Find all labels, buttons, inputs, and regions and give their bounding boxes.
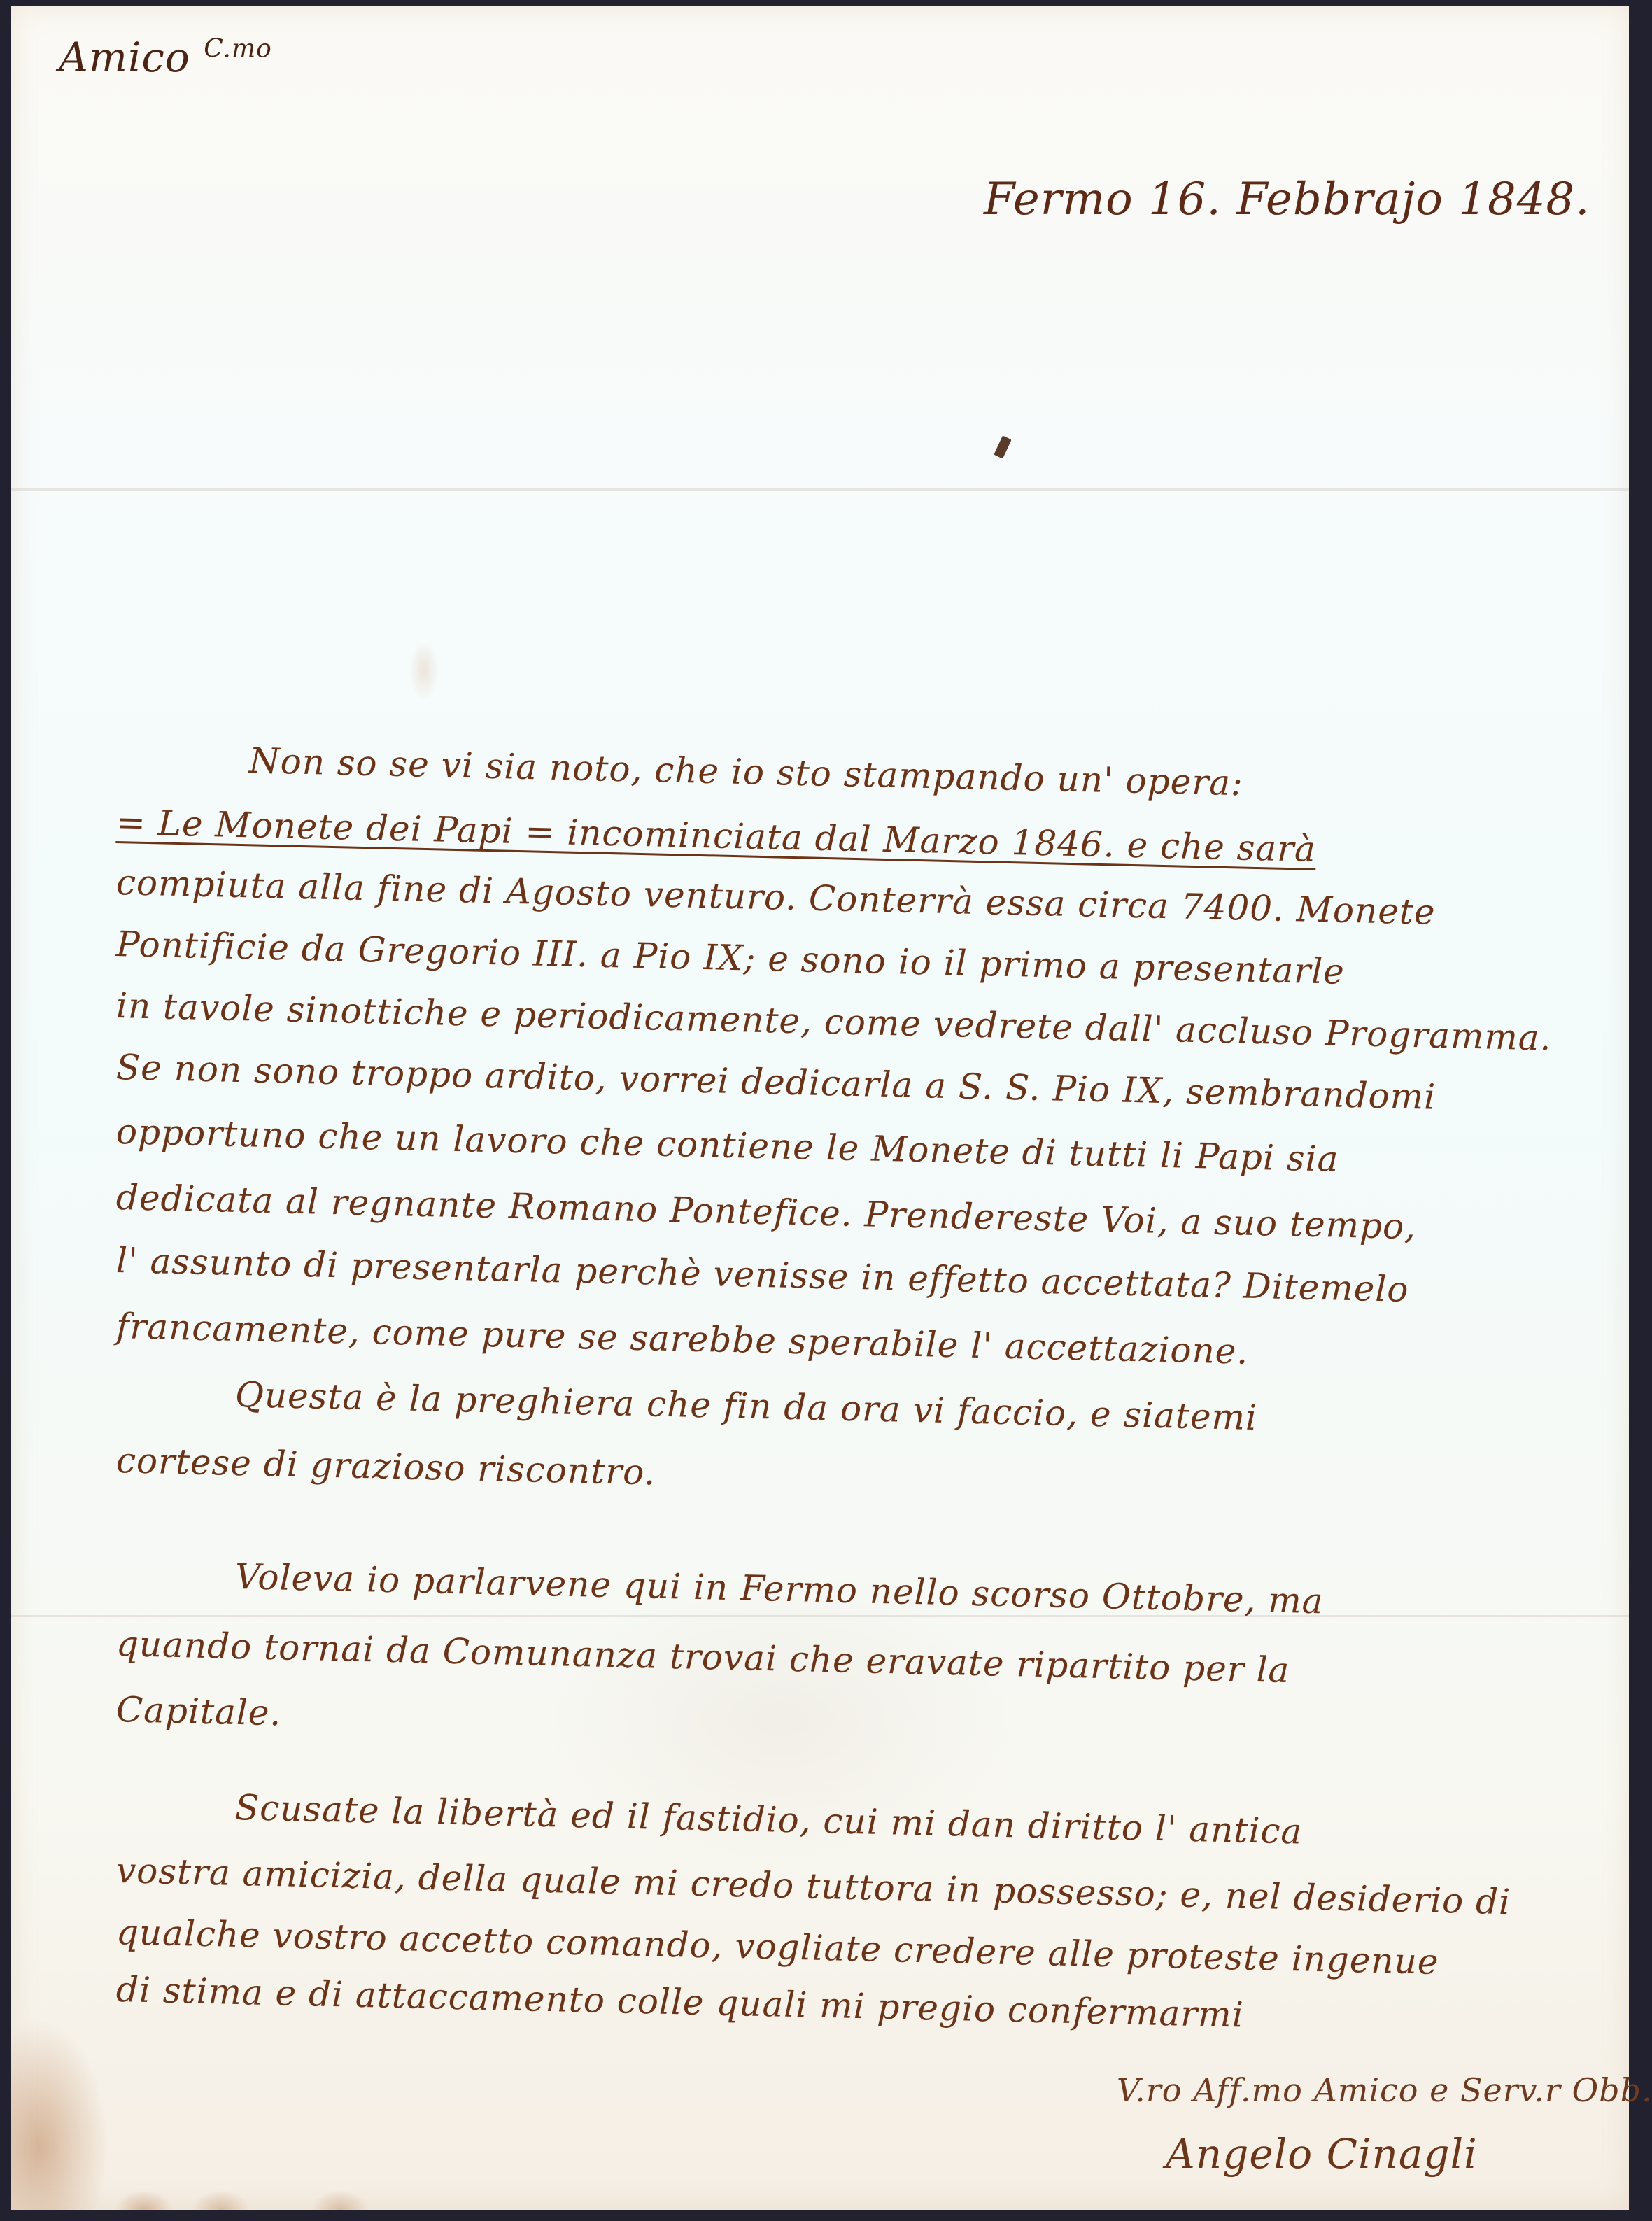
- body-line: di stima e di attaccamento colle quali m…: [115, 1969, 1244, 2036]
- body-line: in tavole sinottiche e periodicamente, c…: [115, 985, 1552, 1059]
- body-line: qualche vostro accetto comando, vogliate…: [115, 1912, 1439, 1982]
- body-line: Scusate la libertà ed il fastidio, cui m…: [234, 1787, 1303, 1852]
- letter-page: Amico C.mo Fermo 16. Febbrajo 1848. Non …: [11, 6, 1629, 2210]
- paper-fold-line: [11, 488, 1629, 491]
- body-line: Non so se vi sia noto, che io sto stampa…: [248, 740, 1243, 803]
- body-line: compiuta alla fine di Agosto venturo. Co…: [115, 862, 1436, 933]
- body-line: opportuno che un lavoro che contiene le …: [115, 1111, 1339, 1180]
- body-line: quando tornai da Comunanza trovai che er…: [115, 1623, 1290, 1691]
- closing-formula: V.ro Aff.mo Amico e Serv.r Obb.o: [1117, 2071, 1652, 2109]
- body-line: Pontificie da Gregorio III. a Pio IX; e …: [115, 924, 1345, 992]
- body-line: Se non sono troppo ardito, vorrei dedica…: [115, 1047, 1436, 1117]
- body-line: Voleva io parlarvene qui in Fermo nello …: [234, 1556, 1324, 1621]
- ink-speck: [994, 435, 1011, 458]
- body-line: l' assunto di presentarla perchè venisse…: [115, 1240, 1409, 1310]
- dateline: Fermo 16. Febbrajo 1848.: [984, 174, 1590, 225]
- signature: Angelo Cinagli: [1166, 2130, 1478, 2178]
- body-line: cortese di grazioso riscontro.: [115, 1440, 656, 1493]
- body-line: francamente, come pure se sarebbe sperab…: [115, 1306, 1249, 1372]
- body-line: vostra amicizia, della quale mi credo tu…: [115, 1850, 1511, 1922]
- body-line: Capitale.: [115, 1689, 282, 1733]
- body-line: dedicata al regnante Romano Pontefice. P…: [115, 1177, 1416, 1247]
- paper-fold-line: [11, 1615, 1629, 1617]
- body-line: Questa è la preghiera che fin da ora vi …: [234, 1374, 1257, 1438]
- salutation-text: Amico: [59, 34, 190, 81]
- body-line: = Le Monete dei Papi = incominciata dal …: [115, 802, 1316, 870]
- salutation-abbrev: C.mo: [204, 35, 272, 64]
- salutation: Amico C.mo: [59, 34, 272, 81]
